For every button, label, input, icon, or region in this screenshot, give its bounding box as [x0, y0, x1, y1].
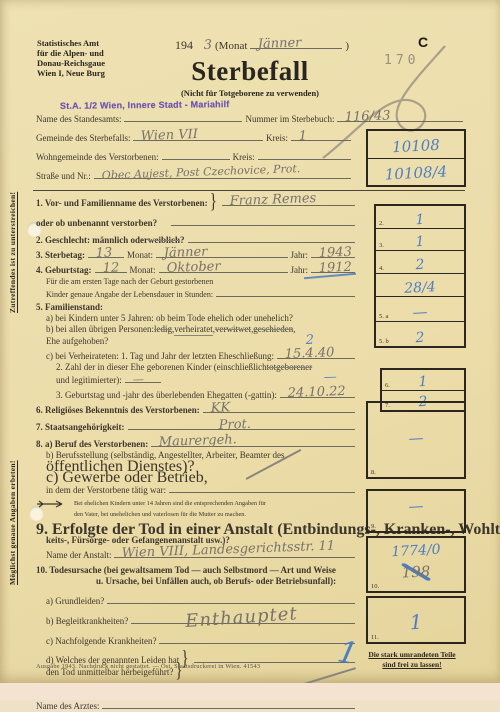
- kreis-value: 1: [299, 130, 308, 143]
- q1-value: Franz Remes: [229, 192, 316, 208]
- standesamt-label: Name des Standesamts:: [36, 114, 121, 124]
- q10-line1: 10. Todesursache (bei gewaltsamem Tod — …: [36, 565, 358, 576]
- q10a-label: a) Grundleiden?: [46, 596, 104, 607]
- year-handwritten: 3: [204, 39, 213, 52]
- jahr-label: Jahr:: [291, 265, 309, 276]
- q4-note-fill: [216, 287, 355, 297]
- q10c-label: c) Nachfolgende Krankheiten?: [46, 636, 156, 647]
- q6-label: 6. Religiöses Bekenntnis des Verstorbene…: [36, 405, 200, 416]
- field-5c1: c) bei Verheirateten: 1. Tag und Jahr de…: [36, 349, 358, 362]
- q5c2-line2: und legitimierter):: [56, 375, 122, 386]
- code-row: 10108/4: [368, 158, 464, 185]
- free-note-line1: Die stark umrandeten Teile: [356, 650, 468, 660]
- q5c2-pre: 2. Zahl der in dieser Ehe geborenen Kind…: [56, 362, 267, 373]
- monat-label: Monat:: [130, 265, 156, 276]
- wohngemeinde-label: Wohngemeinde des Verstorbenen:: [36, 152, 159, 162]
- section-divider: [33, 190, 465, 191]
- code-row-5a: 5. a —: [376, 296, 464, 321]
- box-value: 1: [367, 608, 464, 637]
- q3-label: 3. Sterbetag:: [36, 250, 85, 261]
- field-strasse: Straße und Nr.: Obec Aujest, Post Czecho…: [36, 169, 354, 181]
- strasse-value: Obec Aujest, Post Czechovice, Prot.: [101, 163, 300, 181]
- q5c3-label: 3. Geburtstag und -jahr des überlebenden…: [56, 390, 277, 401]
- box-value: 2: [376, 328, 465, 349]
- code-box-9: 9. —: [366, 489, 466, 533]
- scan-background-strip: [0, 683, 500, 700]
- wohngemeinde-fill: [162, 150, 230, 160]
- field-staatsangehoerigkeit: 7. Staatsangehörigkeit: Prot.: [36, 420, 358, 433]
- q5c1-value: 15.4.40: [284, 346, 334, 361]
- anstalt-label: Name der Anstalt:: [46, 550, 111, 561]
- long-right-arrow-icon: [36, 500, 70, 508]
- sterbebuch-label: Nummer im Sterbebuch:: [245, 114, 334, 124]
- margin-note-bottom: Möglichst genaue Angaben erbeten!: [8, 400, 17, 585]
- q5c1-label: c) bei Verheirateten: 1. Tag und Jahr de…: [46, 351, 274, 362]
- q10b-value-enthauptet: Enthauptet: [185, 605, 299, 631]
- gemeinde-value: Wien VII: [141, 128, 199, 143]
- q6-value: KK: [210, 401, 230, 415]
- strasse-label: Straße und Nr.:: [36, 171, 91, 181]
- q8c-line2: in dem der Verstorbene tätig war:: [46, 485, 166, 496]
- q4-note-line2: Kinder genaue Angabe der Lebensdauer in …: [46, 289, 213, 300]
- code-row-6: 6. 1: [382, 370, 464, 390]
- q10b-label: b) Begleitkrankheiten?: [46, 616, 128, 627]
- field-unbenannt: oder ob unbenannt verstorben?: [36, 216, 358, 229]
- field-geburtstag: 4. Geburtstag: 12 Monat: Oktober Jahr: 1…: [36, 263, 358, 276]
- code-row-4b: 28/4: [376, 273, 464, 296]
- field-gemeinde: Gemeinde des Sterbefalls: Wien VII Kreis…: [36, 131, 354, 143]
- code-value-1: 10108: [368, 135, 465, 158]
- q2-label-pre: 2. Geschlecht: männlich oder: [36, 235, 148, 246]
- imprint-line: Ausgabe 1943. Nachdruck nicht gestattet.…: [36, 663, 260, 670]
- monat-open-label: (Monat: [215, 40, 247, 52]
- q2-fill: [188, 233, 355, 243]
- monat-label: Monat:: [127, 250, 153, 261]
- q5c2-struck-totgeborener: totgeborener: [267, 362, 312, 373]
- box-crossed-wrap: 198: [368, 561, 465, 582]
- scanned-death-record-form: Statistisches Amt für die Alpen- und Don…: [0, 0, 500, 683]
- q10-line2: u. Ursache, bei Unfällen auch, ob Berufs…: [36, 576, 358, 587]
- code-box-group-1: 2. 1 3. 1 4. 2 28/4 5. a — 5. b 2: [374, 204, 466, 348]
- field-nachfolgende: c) Nachfolgende Krankheiten?: [36, 634, 358, 647]
- field-beruf: 8. a) Beruf des Verstorbenen: Maurergeh.: [36, 437, 358, 450]
- field-standesamt: Name des Standesamts: Nummer im Sterbebu…: [36, 112, 466, 124]
- code-row-5b: 5. b 2: [376, 321, 464, 346]
- arrow-note: Bei ehelichen Kindern unter 14 Jahren si…: [36, 498, 358, 509]
- sterbebuch-value: 116/43: [345, 109, 391, 124]
- q1b-fill: [171, 216, 355, 226]
- brace-glyph: }: [210, 195, 217, 210]
- q5a-label: a) bei Kindern unter 5 Jahren: ob beim T…: [46, 313, 293, 324]
- arrow-note-line2: den Vater, bei unehelichen und vaterlose…: [36, 509, 358, 520]
- q4-day: 12: [102, 261, 119, 275]
- q3-day: 13: [96, 246, 113, 260]
- code-box-8: 8. —: [366, 401, 466, 479]
- standesamt-fill: [124, 112, 242, 122]
- q3-jahr: 1943: [319, 246, 353, 260]
- q7-value: Prot.: [218, 418, 251, 432]
- q5b-post: ,: [293, 324, 295, 335]
- field-begleitkrankheiten: b) Begleitkrankheiten? Enthauptet: [36, 614, 358, 627]
- kreis-label: Kreis:: [266, 133, 288, 143]
- q5b-struck-geschieden: geschieden: [253, 324, 293, 335]
- box-label: 8.: [371, 469, 376, 476]
- q2-struck-word: weiblich: [148, 235, 180, 246]
- form-questions: 1. Vor- und Familienname des Verstorbene…: [36, 196, 358, 700]
- field-religion: 6. Religiöses Bekenntnis des Verstorbene…: [36, 403, 358, 416]
- q5c2-blue-dash: —: [324, 371, 337, 384]
- q5b-line2: Ehe aufgehoben?: [46, 336, 108, 347]
- field-5a: a) bei Kindern unter 5 Jahren: ob beim T…: [36, 313, 358, 324]
- q5b-struck-ledig: ledig: [154, 324, 172, 335]
- kreis2-label: Kreis:: [233, 152, 255, 162]
- q3-monat: Jänner: [164, 245, 208, 260]
- box-value-blue: 1774/0: [368, 540, 465, 561]
- box-value: —: [368, 495, 465, 518]
- code-row-2: 2. 1: [376, 206, 464, 228]
- q4-note-line2-row: Kinder genaue Angabe der Lebensdauer in …: [36, 287, 358, 300]
- jahr-label: Jahr:: [291, 250, 309, 261]
- q5b-struck-verwitwet: verwitwet: [215, 324, 251, 335]
- q8c-fill: [169, 483, 355, 493]
- q9-line1: 9. Erfolgte der Tod in einer Anstalt (En…: [36, 524, 358, 535]
- q8c-line1: c) Gewerbe oder Betrieb,: [36, 472, 358, 483]
- registry-office-stamp: St.A. 1/2 Wien, Innere Stadt - Mariahilf: [60, 99, 230, 111]
- code-box-10: 10. 1774/0 198: [366, 536, 466, 593]
- q4-monat: Oktober: [166, 260, 220, 275]
- gemeinde-label: Gemeinde des Sterbefalls:: [36, 133, 130, 143]
- box-label: 10.: [371, 583, 379, 590]
- year-printed: 194: [175, 38, 193, 53]
- q5c2-value: —: [132, 374, 143, 385]
- code-box-11: 11. 1: [366, 596, 466, 644]
- code-row: 10108: [368, 131, 464, 158]
- free-fields-note: Die stark umrandeten Teile sind frei zu …: [356, 650, 468, 670]
- free-note-line2: sind frei zu lassen!: [356, 660, 468, 670]
- field-anstalt: Name der Anstalt: Wien VIII, Landesgeric…: [36, 548, 358, 561]
- q8a-label: 8. a) Beruf des Verstorbenen:: [36, 439, 148, 450]
- kreis2-fill: [258, 150, 351, 160]
- margin-note-top: Zutreffendes ist zu unterstreichen!: [8, 128, 17, 313]
- box-value: —: [368, 427, 465, 450]
- field-8c2: in dem der Verstorbene tätig war:: [36, 483, 358, 496]
- q10a-fill: [107, 594, 355, 604]
- field-5c2: 2. Zahl der in dieser Ehe geborenen Kind…: [36, 362, 358, 373]
- q5b-underlined-verheiratet: verheiratet: [174, 324, 212, 336]
- arrow-note-line1: Bei ehelichen Kindern unter 14 Jahren si…: [74, 498, 266, 509]
- code-value-2: 10108/4: [368, 162, 465, 185]
- code-row-3: 3. 1: [376, 228, 464, 250]
- field-grundleiden: a) Grundleiden?: [36, 594, 358, 607]
- box-label: 9.: [371, 523, 376, 530]
- q1b-label: oder ob unbenannt verstorben?: [36, 218, 157, 229]
- field-8b: b) Berufsstellung (selbständig, Angestel…: [36, 450, 358, 461]
- box-value: —: [376, 301, 465, 324]
- q5c3-value: 24.10.22: [287, 385, 345, 400]
- box-crossed-value: 198: [401, 563, 430, 582]
- field-5c3: 3. Geburtstag und -jahr des überlebenden…: [36, 388, 358, 401]
- field-5c2b: und legitimierter): — —: [36, 373, 358, 386]
- q7-label: 7. Staatsangehörigkeit:: [36, 422, 125, 433]
- registry-code-box: 10108 10108/4: [366, 129, 466, 187]
- q10c-fill: [159, 634, 355, 644]
- field-wohngemeinde: Wohngemeinde des Verstorbenen: Kreis:: [36, 150, 354, 162]
- q8b-line1: b) Berufsstellung (selbständig, Angestel…: [46, 450, 284, 461]
- code-row-4: 4. 2: [376, 250, 464, 273]
- q4-label: 4. Geburtstag:: [36, 265, 92, 276]
- q5b-pre: b) bei allen übrigen Personen:: [46, 324, 154, 335]
- q5-label: 5. Familienstand:: [36, 302, 358, 313]
- field-name-verstorbener: 1. Vor- und Familienname des Verstorbene…: [36, 196, 358, 209]
- q8a-value: Maurergeh.: [159, 433, 237, 449]
- q1-label: 1. Vor- und Familienname des Verstorbene…: [36, 198, 208, 209]
- agency-line: Statistisches Amt: [37, 38, 157, 48]
- q10d-fill: [194, 653, 355, 663]
